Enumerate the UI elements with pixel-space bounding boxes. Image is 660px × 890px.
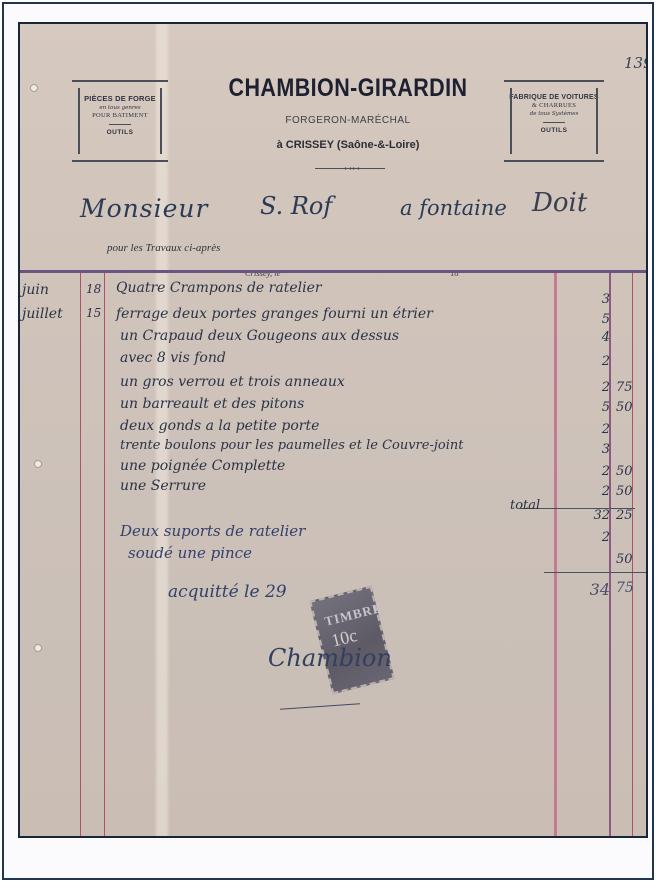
company-trade: FORGERON-MARÉCHAL	[198, 115, 498, 126]
letterhead-right-box: FABRIQUE DE VOITURES & CHARRUES de tous …	[504, 80, 604, 162]
entry-cents: 50	[616, 484, 646, 499]
company-location: à CRISSEY (Saône-&-Loire)	[198, 139, 498, 151]
entry-description: deux gonds a la petite porte	[120, 418, 319, 434]
receipt-note: acquitté le 29	[168, 582, 287, 602]
entry-month: juillet	[22, 306, 63, 322]
subtotal-label: total	[510, 498, 540, 513]
ornament-glyph: ⊶⊷	[344, 164, 360, 173]
outer-frame: 139 PIÈCES DE FORGE en tous genres POUR …	[2, 2, 654, 880]
entry-francs: 5	[580, 312, 610, 327]
grand-total-rule	[544, 572, 648, 573]
entry-description: un gros verrou et trois anneaux	[120, 374, 345, 390]
extra-entry-description: Deux suports de ratelier	[120, 522, 305, 540]
recipient-name: S. Rof	[260, 192, 332, 220]
grand-total-cents: 75	[616, 580, 646, 596]
signature-underline	[280, 703, 360, 710]
recipient-place: a fontaine	[400, 196, 507, 220]
for-works-label: pour les Travaux ci-après	[107, 242, 220, 254]
ornamental-frame	[72, 80, 168, 162]
entry-cents: 50	[616, 400, 646, 415]
extra-entry-francs: 2	[580, 530, 610, 545]
entry-description: Quatre Crampons de ratelier	[116, 280, 322, 296]
header-ornament: ⊶⊷	[315, 168, 385, 169]
subtotal-cents: 25	[616, 508, 646, 523]
entry-description: trente boulons pour les paumelles et le …	[120, 438, 463, 453]
entry-francs: 5	[580, 400, 610, 415]
date-column-rule	[80, 273, 81, 836]
entry-francs: 2	[580, 380, 610, 395]
revenue-stamp: TIMBRE 10c	[309, 586, 394, 695]
entry-day: 18	[86, 282, 101, 296]
ledger-top-rule	[20, 270, 646, 273]
entry-description: une poignée Complette	[120, 458, 285, 474]
company-name: CHAMBION-GIRARDIN	[219, 74, 477, 103]
entry-description: une Serrure	[120, 478, 206, 494]
punch-hole	[34, 460, 42, 468]
signature: Chambion	[268, 644, 392, 672]
amount-column-rule	[554, 273, 557, 836]
entry-month: juin	[22, 282, 49, 298]
entry-francs: 2	[580, 354, 610, 369]
invoice-paper: 139 PIÈCES DE FORGE en tous genres POUR …	[18, 22, 648, 838]
grand-total-francs: 34	[580, 580, 610, 599]
entry-francs: 4	[580, 330, 610, 345]
day-column-rule	[104, 273, 105, 836]
salutation: Monsieur	[80, 194, 208, 223]
extra-entry-description: soudé une pince	[128, 544, 252, 562]
subtotal-francs: 32	[580, 508, 610, 523]
entry-description: un barreault et des pitons	[120, 396, 304, 412]
punch-hole	[34, 644, 42, 652]
entry-day: 15	[86, 306, 101, 320]
entry-description: un Crapaud deux Gougeons aux dessus	[120, 328, 399, 344]
letterhead-left-box: PIÈCES DE FORGE en tous genres POUR BATI…	[72, 80, 168, 162]
punch-hole	[30, 84, 38, 92]
entry-francs: 2	[580, 422, 610, 437]
entry-description: ferrage deux portes granges fourni un ét…	[116, 306, 433, 322]
entry-francs: 3	[580, 442, 610, 457]
entry-description: avec 8 vis fond	[120, 350, 226, 366]
entry-cents: 75	[616, 380, 646, 395]
entry-francs: 2	[580, 464, 610, 479]
entry-cents: 50	[616, 464, 646, 479]
ornamental-frame	[504, 80, 604, 162]
page-number: 139	[624, 54, 648, 72]
extra-entry-cents: 50	[616, 552, 646, 567]
doit-label: Doit	[532, 188, 587, 218]
entry-francs: 2	[580, 484, 610, 499]
entry-francs: 3	[580, 292, 610, 307]
